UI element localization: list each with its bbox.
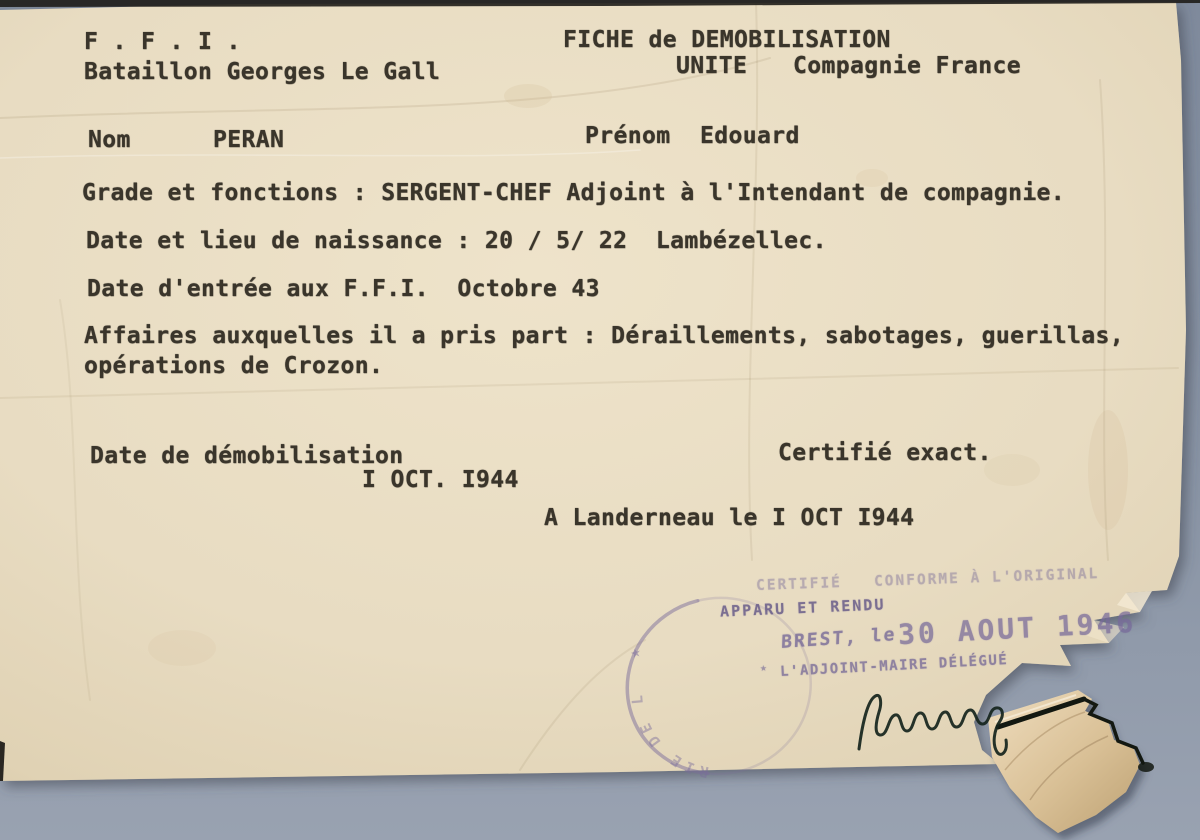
- demob-date: I OCT. I944: [362, 468, 519, 493]
- document-photo: ★ RIE DE L F . F . I . Bataillon Georges…: [0, 0, 1200, 840]
- entry-line: Date d'entrée aux F.F.I. Octobre 43: [87, 277, 600, 302]
- birth-line: Date et lieu de naissance : 20 / 5/ 22 L…: [86, 229, 827, 254]
- stamp-star-icon: ★: [760, 661, 767, 674]
- firstname-value: Edouard: [700, 124, 800, 149]
- battalion-line: Bataillon Georges Le Gall: [84, 60, 440, 85]
- form-title: FICHE de DEMOBILISATION: [563, 28, 891, 53]
- unit-label: UNITE: [676, 54, 747, 79]
- place-and-date: A Landerneau le I OCT I944: [544, 506, 914, 531]
- demob-label: Date de démobilisation: [90, 444, 403, 469]
- unit-value: Compagnie France: [793, 54, 1021, 79]
- certified-exact: Certifié exact.: [778, 441, 992, 466]
- name-value: PERAN: [213, 128, 284, 153]
- firstname-label: Prénom: [585, 124, 670, 149]
- org-title: F . F . I .: [84, 30, 241, 55]
- grade-line: Grade et fonctions : SERGENT-CHEF Adjoin…: [82, 181, 1065, 206]
- torn-flap: [988, 690, 1140, 833]
- name-label: Nom: [88, 128, 131, 153]
- affairs-line-2: opérations de Crozon.: [84, 354, 383, 379]
- tear-shadow-blob: [1138, 762, 1154, 772]
- affairs-line-1: Affaires auxquelles il a pris part : Dér…: [84, 324, 1124, 349]
